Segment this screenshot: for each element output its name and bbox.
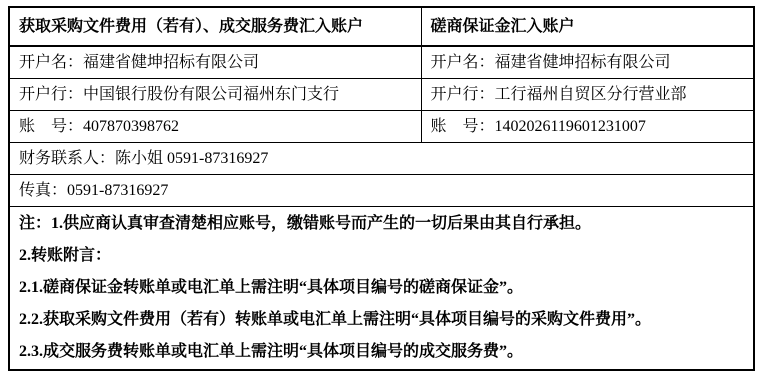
fee-account-number: 账 号：407870398762	[9, 111, 421, 143]
bank-row: 开户行：中国银行股份有限公司福州东门支行 开户行：工行福州自贸区分行营业部	[9, 79, 754, 111]
note-line-5: 2.3.成交服务费转账单或电汇单上需注明“具体项目编号的成交服务费”。	[19, 336, 744, 368]
header-fee-service-account: 获取采购文件费用（若有）、成交服务费汇入账户	[9, 7, 421, 46]
deposit-account-bank: 开户行：工行福州自贸区分行营业部	[421, 79, 754, 111]
account-number-row: 账 号：407870398762 账 号：1402026119601231007	[9, 111, 754, 143]
account-info-table: 获取采购文件费用（若有）、成交服务费汇入账户 磋商保证金汇入账户 开户名：福建省…	[8, 6, 755, 371]
deposit-account-name: 开户名：福建省健坤招标有限公司	[421, 46, 754, 79]
fax-row: 传真：0591-87316927	[9, 175, 754, 207]
note-line-2: 2.转账附言：	[19, 240, 744, 272]
notes-row: 注：1.供应商认真审查清楚相应账号，缴错账号而产生的一切后果由其自行承担。 2.…	[9, 207, 754, 371]
deposit-account-number: 账 号：1402026119601231007	[421, 111, 754, 143]
finance-contact-row: 财务联系人：陈小姐 0591-87316927	[9, 143, 754, 175]
note-line-3: 2.1.磋商保证金转账单或电汇单上需注明“具体项目编号的磋商保证金”。	[19, 272, 744, 304]
fee-account-name: 开户名：福建省健坤招标有限公司	[9, 46, 421, 79]
account-name-row: 开户名：福建省健坤招标有限公司 开户名：福建省健坤招标有限公司	[9, 46, 754, 79]
note-line-1: 注：1.供应商认真审查清楚相应账号，缴错账号而产生的一切后果由其自行承担。	[19, 208, 744, 240]
header-deposit-account: 磋商保证金汇入账户	[421, 7, 754, 46]
table-header-row: 获取采购文件费用（若有）、成交服务费汇入账户 磋商保证金汇入账户	[9, 7, 754, 46]
notes-cell: 注：1.供应商认真审查清楚相应账号，缴错账号而产生的一切后果由其自行承担。 2.…	[9, 207, 754, 371]
finance-contact: 财务联系人：陈小姐 0591-87316927	[9, 143, 754, 175]
fee-account-bank: 开户行：中国银行股份有限公司福州东门支行	[9, 79, 421, 111]
document-page: 获取采购文件费用（若有）、成交服务费汇入账户 磋商保证金汇入账户 开户名：福建省…	[0, 0, 761, 377]
fax: 传真：0591-87316927	[9, 175, 754, 207]
note-line-4: 2.2.获取采购文件费用（若有）转账单或电汇单上需注明“具体项目编号的采购文件费…	[19, 304, 744, 336]
